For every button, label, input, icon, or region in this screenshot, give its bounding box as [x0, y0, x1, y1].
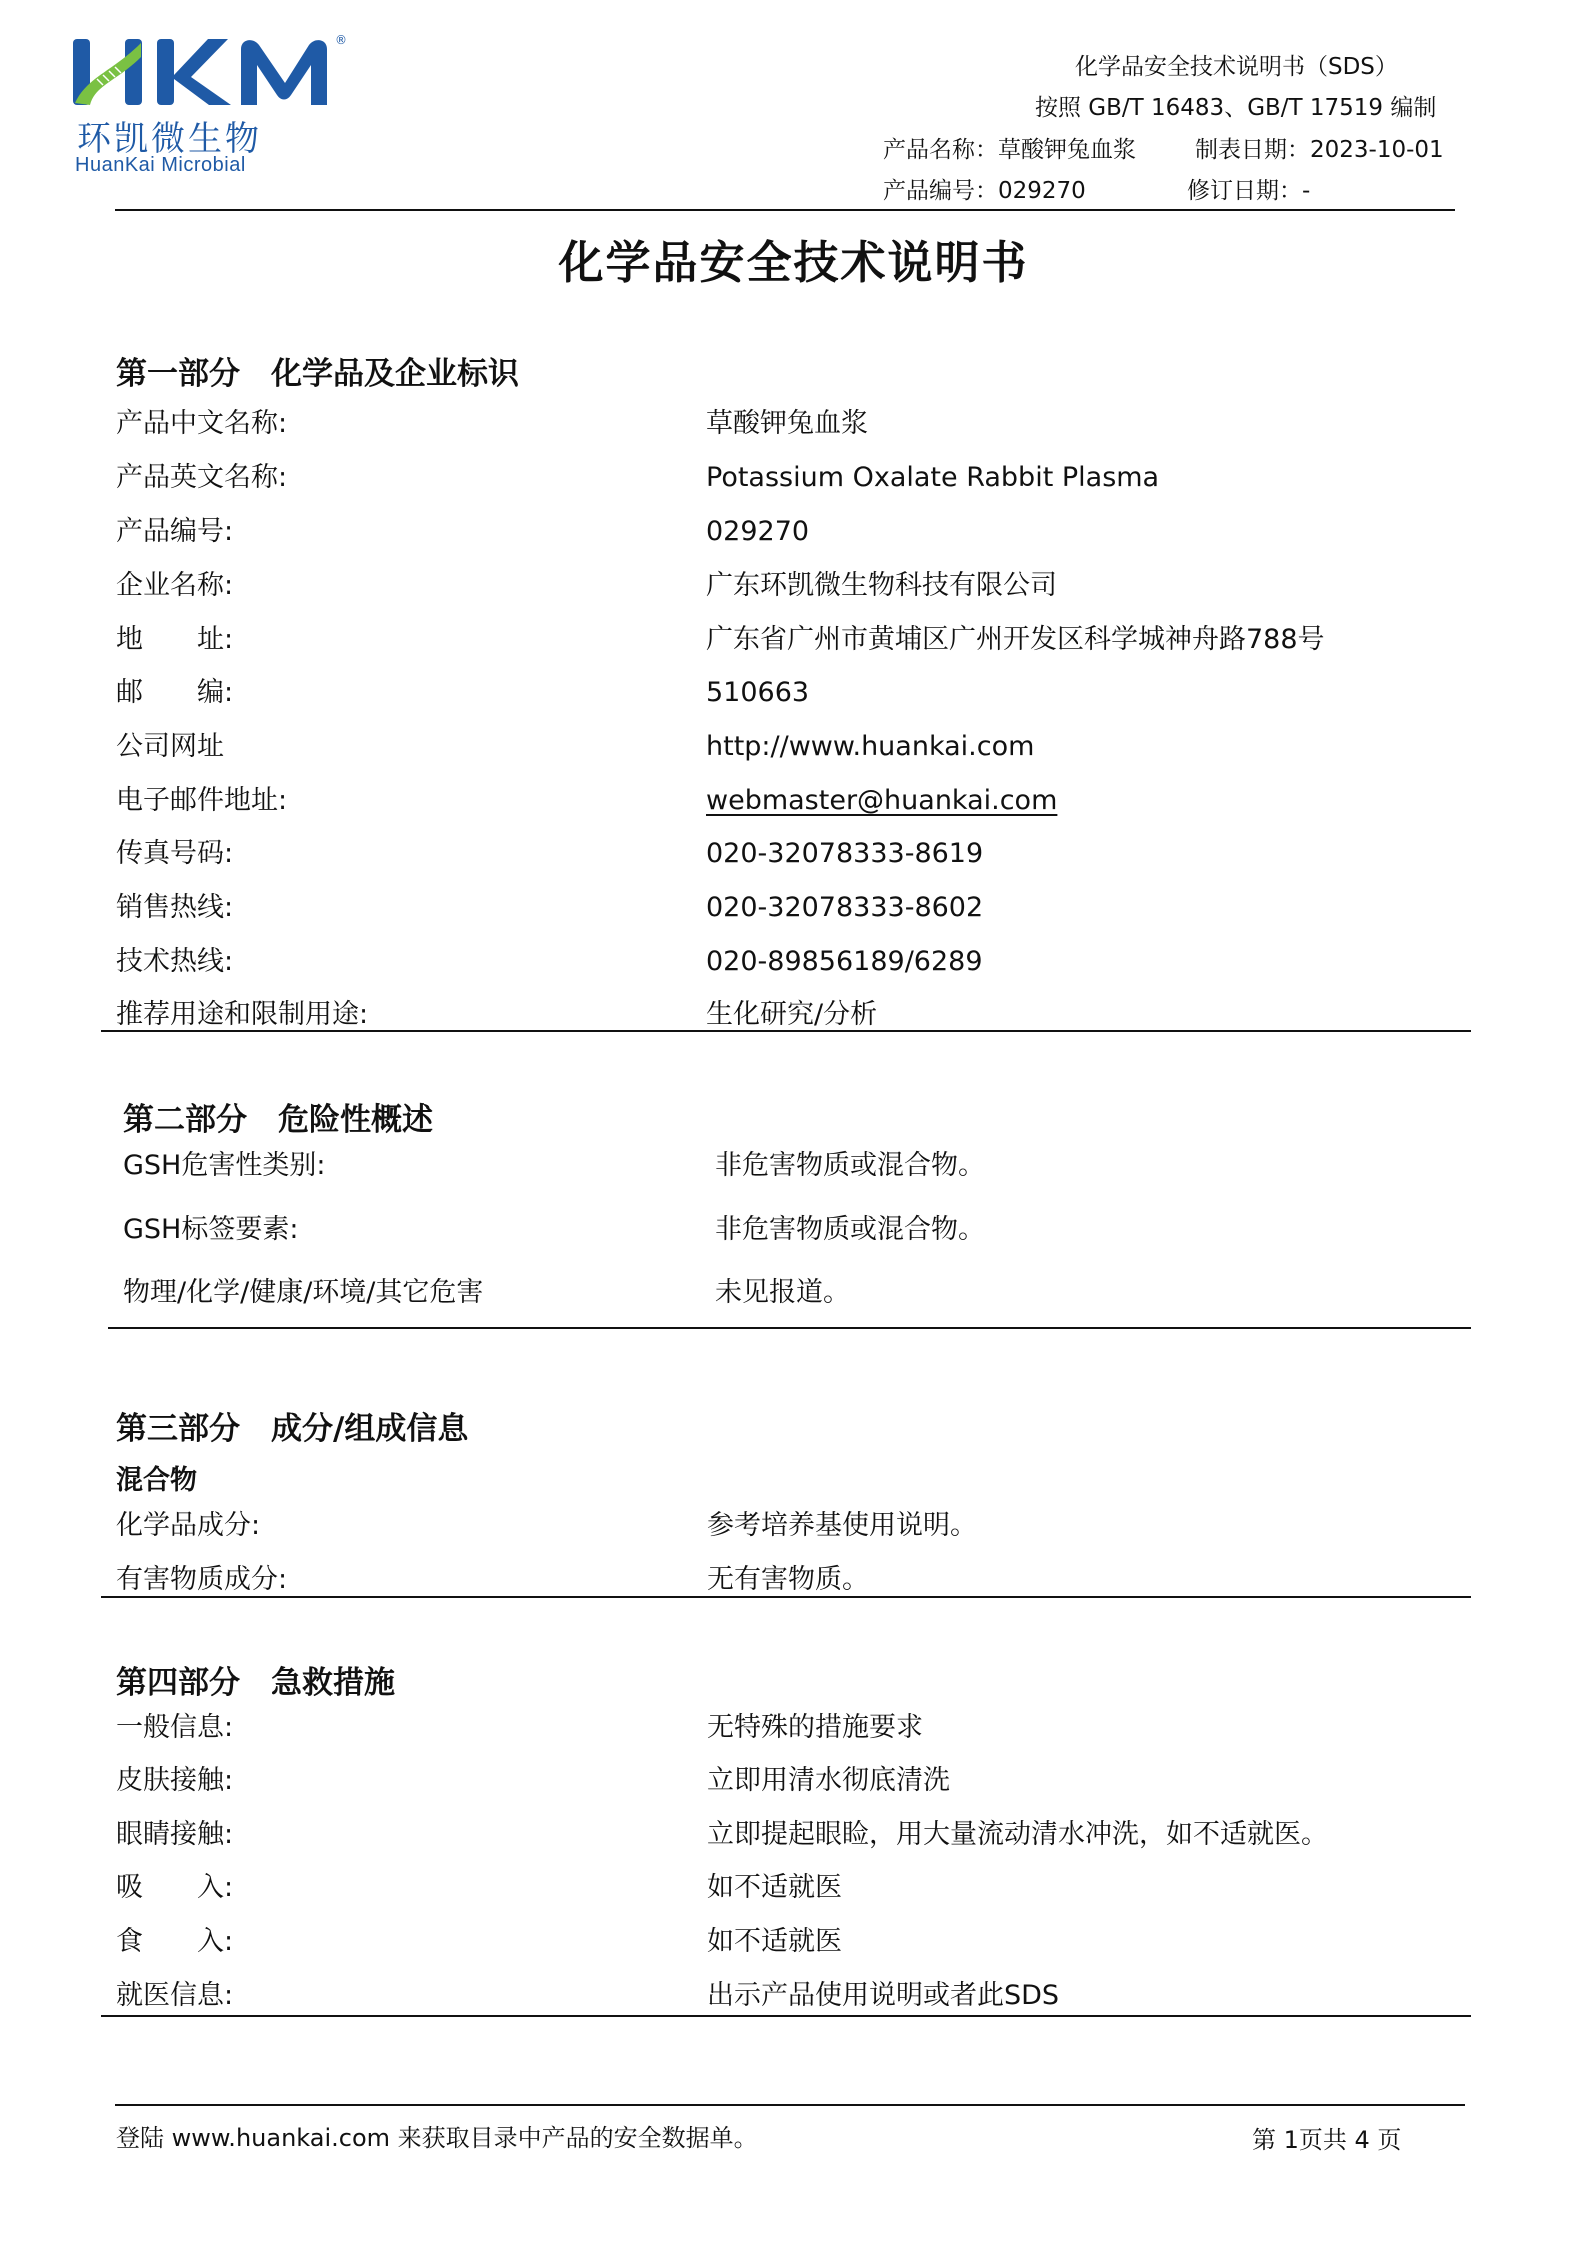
row-label: 邮 编:	[116, 677, 233, 709]
document-title: 化学品安全技术说明书	[0, 226, 1587, 291]
row-value: 无特殊的措施要求	[707, 1712, 923, 1744]
row-label: 物理/化学/健康/环境/其它危害	[123, 1277, 483, 1309]
section-3-heading: 第三部分 成分/组成信息	[116, 1403, 468, 1448]
row-value: 立即提起眼睑，用大量流动清水冲洗，如不适就医。	[707, 1819, 1328, 1851]
section-3-subheading: 混合物	[116, 1458, 197, 1497]
row-label: 眼睛接触:	[116, 1819, 233, 1851]
row-label: 皮肤接触:	[116, 1765, 233, 1797]
section-3-divider	[101, 1596, 1471, 1598]
header-standard: 按照 GB/T 16483、GB/T 17519 编制	[1035, 89, 1436, 122]
section-2-heading: 第二部分 危险性概述	[123, 1094, 433, 1139]
row-value: 生化研究/分析	[706, 999, 877, 1031]
row-value: 020-32078333-8619	[706, 838, 983, 870]
row-label: 地 址:	[116, 624, 233, 656]
prepared-date-value: 2023-10-01	[1310, 137, 1444, 163]
row-value: 非危害物质或混合物。	[715, 1150, 985, 1182]
row-label: 电子邮件地址:	[116, 785, 287, 817]
row-label: 产品编号:	[116, 516, 233, 548]
header-doc-type: 化学品安全技术说明书（SDS）	[1075, 48, 1398, 81]
row-label: 技术热线:	[116, 946, 233, 978]
row-value: 立即用清水彻底清洗	[707, 1765, 950, 1797]
product-code-label: 产品编号：	[883, 178, 998, 204]
row-value: 020-89856189/6289	[706, 946, 983, 978]
section-4-divider	[101, 2015, 1471, 2017]
row-label: 销售热线:	[116, 892, 233, 924]
row-label: 化学品成分:	[116, 1510, 260, 1542]
row-label: 产品中文名称:	[116, 408, 287, 440]
header-prepared-date: 制表日期：2023-10-01	[1195, 131, 1444, 164]
row-label: 产品英文名称:	[116, 462, 287, 494]
footer-divider	[115, 2104, 1465, 2106]
row-label: GSH标签要素:	[123, 1214, 298, 1246]
email-link[interactable]: webmaster@huankai.com	[706, 785, 1057, 817]
row-value: 如不适就医	[707, 1926, 842, 1958]
section-2-divider	[108, 1327, 1471, 1329]
row-label: 推荐用途和限制用途:	[116, 999, 368, 1031]
website-link[interactable]: http://www.huankai.com	[706, 731, 1034, 763]
page-number: 第 1页共 4 页	[1252, 2120, 1401, 2155]
section-1-divider	[101, 1030, 1471, 1032]
revision-date-value: -	[1302, 178, 1310, 204]
row-value: 出示产品使用说明或者此SDS	[707, 1980, 1059, 2012]
logo-company-cn: 环凯微生物	[77, 111, 262, 160]
revision-date-label: 修订日期：	[1187, 178, 1302, 204]
section-4-heading: 第四部分 急救措施	[116, 1657, 395, 1702]
row-value: 参考培养基使用说明。	[707, 1510, 977, 1542]
row-label: 公司网址	[116, 731, 224, 763]
row-value: 广东环凯微生物科技有限公司	[706, 570, 1057, 602]
row-label: GSH危害性类别:	[123, 1150, 325, 1182]
row-value: 029270	[706, 516, 809, 548]
hkm-logo-icon	[73, 37, 335, 107]
header-divider	[115, 209, 1455, 211]
row-value: 020-32078333-8602	[706, 892, 983, 924]
section-1-heading: 第一部分 化学品及企业标识	[116, 348, 519, 393]
header-product-name: 产品名称：草酸钾兔血浆	[883, 131, 1136, 164]
header-product-code: 产品编号：029270	[883, 172, 1086, 205]
row-label: 食 入:	[116, 1926, 233, 1958]
row-label: 吸 入:	[116, 1872, 233, 1904]
row-value: 510663	[706, 677, 809, 709]
row-label: 传真号码:	[116, 838, 233, 870]
row-label: 有害物质成分:	[116, 1564, 287, 1596]
row-value: 广东省广州市黄埔区广州开发区科学城神舟路788号	[706, 624, 1325, 656]
row-value: 如不适就医	[707, 1872, 842, 1904]
header-revision-date: 修订日期：-	[1187, 172, 1310, 205]
row-value: 未见报道。	[715, 1277, 850, 1309]
row-label: 就医信息:	[116, 1980, 233, 2012]
row-label: 一般信息:	[116, 1712, 233, 1744]
row-value: Potassium Oxalate Rabbit Plasma	[706, 462, 1159, 494]
row-value: 草酸钾兔血浆	[706, 408, 868, 440]
product-code-value: 029270	[998, 178, 1086, 204]
prepared-date-label: 制表日期：	[1195, 137, 1310, 163]
row-value: 无有害物质。	[707, 1564, 869, 1596]
product-name-label: 产品名称：	[883, 137, 998, 163]
row-value: 非危害物质或混合物。	[715, 1214, 985, 1246]
registered-mark: ®	[335, 33, 347, 47]
row-label: 企业名称:	[116, 570, 233, 602]
company-logo: ® 环凯微生物 HuanKai Microbial	[73, 33, 353, 178]
footer-note: 登陆 www.huankai.com 来获取目录中产品的安全数据单。	[116, 2118, 758, 2153]
logo-company-en: HuanKai Microbial	[75, 154, 246, 177]
product-name-value: 草酸钾兔血浆	[998, 137, 1136, 163]
